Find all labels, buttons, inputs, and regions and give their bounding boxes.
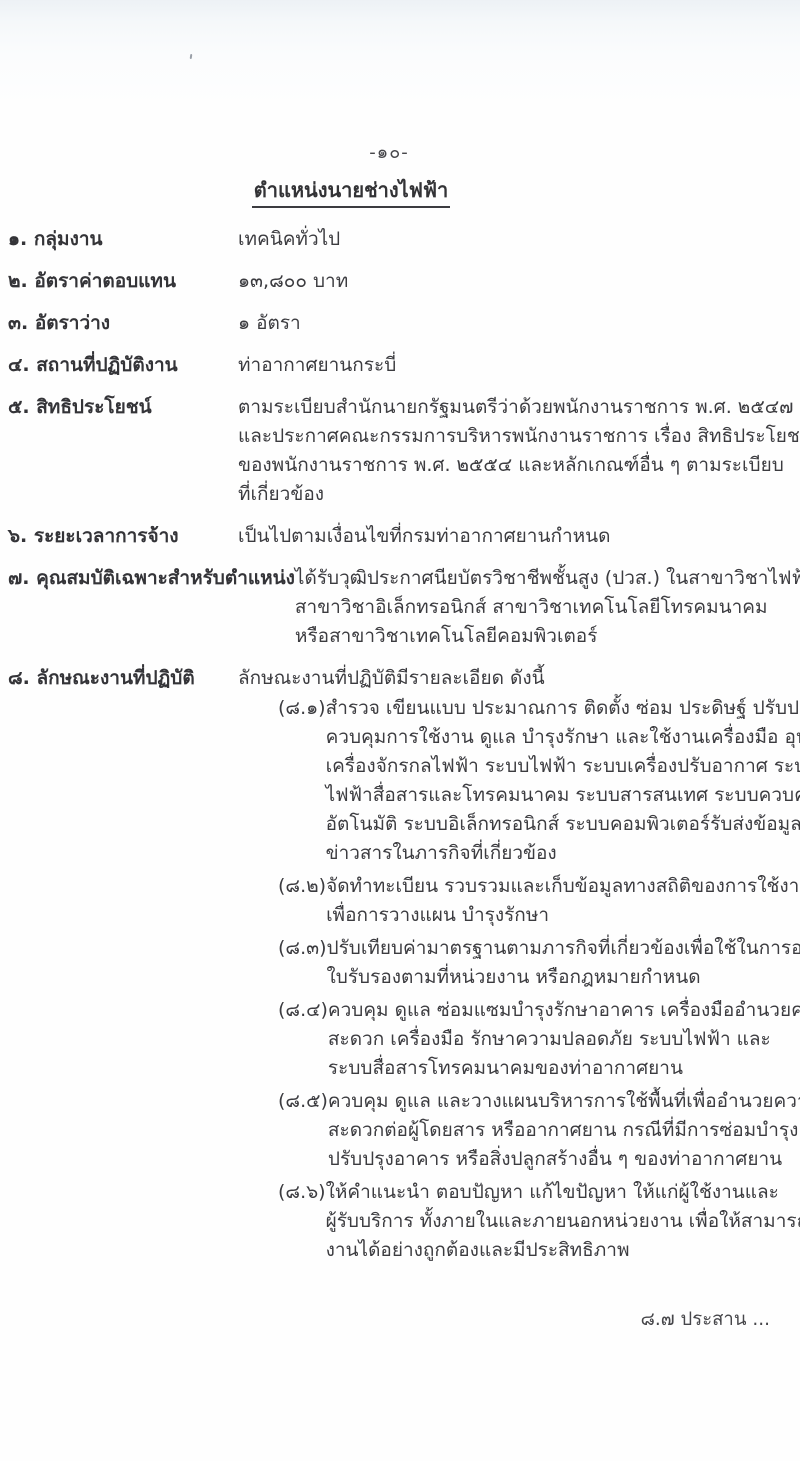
job-duty-line: ข่าวสารในภารกิจที่เกี่ยวข้อง	[326, 839, 770, 868]
job-duty-line: ไฟฟ้าสื่อสารและโทรคมนาคม ระบบสารสนเทศ ระ…	[326, 781, 770, 810]
field-value-line: ที่เกี่ยวข้อง	[238, 480, 770, 509]
job-duty-item: (๘.๔) ควบคุม ดูแล ซ่อมแซมบำรุงรักษาอาคาร…	[278, 996, 770, 1083]
document-title-text: ตำแหน่งนายช่างไฟฟ้า	[252, 176, 451, 208]
field-row-employment-period: ๖. ระยะเวลาการจ้าง เป็นไปตามเงื่อนไขที่ก…	[8, 522, 770, 551]
field-value-line: สาขาวิชาอิเล็กทรอนิกส์ สาขาวิชาเทคโนโลยี…	[295, 593, 770, 622]
job-duty-line: จัดทำทะเบียน รวบรวมและเก็บข้อมูลทางสถิติ…	[326, 872, 770, 901]
scanned-document-page: -๑๐- ตำแหน่งนายช่างไฟฟ้า ๑. กลุ่มงาน เทค…	[0, 0, 800, 1461]
field-rows: ๑. กลุ่มงาน เทคนิคทั่วไป ๒. อัตราค่าตอบแ…	[8, 225, 770, 1269]
job-duty-text: ควบคุม ดูแล ซ่อมแซมบำรุงรักษาอาคาร เครื่…	[328, 996, 770, 1083]
scan-artifact-speck	[190, 54, 193, 59]
field-label: ๗. คุณสมบัติเฉพาะสำหรับตำแหน่ง	[8, 564, 295, 593]
field-row-workplace: ๔. สถานที่ปฏิบัติงาน ท่าอากาศยานกระบี่	[8, 351, 770, 380]
field-value-line: ได้รับวุฒิประกาศนียบัตรวิชาชีพชั้นสูง (ป…	[295, 564, 770, 593]
field-label: ๒. อัตราค่าตอบแทน	[8, 267, 238, 296]
field-label: ๘. ลักษณะงานที่ปฏิบัติ	[8, 664, 238, 693]
field-value-line: และประกาศคณะกรรมการบริหารพนักงานราชการ เ…	[238, 422, 770, 451]
job-duty-line: ใบรับรองตามที่หน่วยงาน หรือกฎหมายกำหนด	[327, 963, 770, 992]
job-duty-list: (๘.๑) สำรวจ เขียนแบบ ประมาณการ ติดตั้ง ซ…	[278, 694, 770, 1265]
field-value: ๑ อัตรา	[238, 309, 770, 338]
job-duty-line: ปรับปรุงอาคาร หรือสิ่งปลูกสร้างอื่น ๆ ขอ…	[328, 1145, 770, 1174]
job-duty-number: (๘.๑)	[278, 694, 326, 723]
field-label: ๔. สถานที่ปฏิบัติงาน	[8, 351, 238, 380]
job-duty-number: (๘.๓)	[278, 934, 327, 963]
job-duty-line: ควบคุม ดูแล และวางแผนบริหารการใช้พื้นที่…	[328, 1087, 770, 1116]
job-duty-line: อัตโนมัติ ระบบอิเล็กทรอนิกส์ ระบบคอมพิวเ…	[326, 810, 770, 839]
field-value-line: ๑ อัตรา	[238, 309, 770, 338]
field-value-line: ลักษณะงานที่ปฏิบัติมีรายละเอียด ดังนี้	[238, 664, 770, 693]
job-duty-line: ปรับเทียบค่ามาตรฐานตามภารกิจที่เกี่ยวข้อ…	[327, 934, 770, 963]
job-duty-text: ปรับเทียบค่ามาตรฐานตามภารกิจที่เกี่ยวข้อ…	[327, 934, 770, 992]
job-duty-line: ควบคุม ดูแล ซ่อมแซมบำรุงรักษาอาคาร เครื่…	[328, 996, 770, 1025]
field-value: ลักษณะงานที่ปฏิบัติมีรายละเอียด ดังนี้ (…	[238, 664, 770, 1269]
document-title: ตำแหน่งนายช่างไฟฟ้า	[8, 176, 770, 208]
job-duty-line: ผู้รับบริการ ทั้งภายในและภายนอกหน่วยงาน …	[326, 1207, 770, 1236]
field-value: เทคนิคทั่วไป	[238, 225, 770, 254]
job-duty-line: สะดวกต่อผู้โดยสาร หรืออากาศยาน กรณีที่มี…	[328, 1116, 770, 1145]
document-content: -๑๐- ตำแหน่งนายช่างไฟฟ้า ๑. กลุ่มงาน เทค…	[0, 138, 800, 1334]
field-row-compensation: ๒. อัตราค่าตอบแทน ๑๓,๘๐๐ บาท	[8, 267, 770, 296]
field-value-line: ท่าอากาศยานกระบี่	[238, 351, 770, 380]
job-duty-number: (๘.๔)	[278, 996, 328, 1025]
job-duty-text: จัดทำทะเบียน รวบรวมและเก็บข้อมูลทางสถิติ…	[326, 872, 770, 930]
field-row-qualifications: ๗. คุณสมบัติเฉพาะสำหรับตำแหน่ง ได้รับวุฒ…	[8, 564, 770, 651]
field-label: ๑. กลุ่มงาน	[8, 225, 238, 254]
job-duty-item: (๘.๒) จัดทำทะเบียน รวบรวมและเก็บข้อมูลทา…	[278, 872, 770, 930]
job-duty-number: (๘.๕)	[278, 1087, 328, 1116]
job-duty-text: สำรวจ เขียนแบบ ประมาณการ ติดตั้ง ซ่อม ปร…	[326, 694, 770, 868]
field-value: ตามระเบียบสำนักนายกรัฐมนตรีว่าด้วยพนักงา…	[238, 393, 770, 509]
field-value: ท่าอากาศยานกระบี่	[238, 351, 770, 380]
job-duty-line: สำรวจ เขียนแบบ ประมาณการ ติดตั้ง ซ่อม ปร…	[326, 694, 770, 723]
job-duty-text: ให้คำแนะนำ ตอบปัญหา แก้ไขปัญหา ให้แก่ผู้…	[326, 1178, 770, 1265]
job-duty-line: เครื่องจักรกลไฟฟ้า ระบบไฟฟ้า ระบบเครื่อง…	[326, 752, 770, 781]
field-row-job-description: ๘. ลักษณะงานที่ปฏิบัติ ลักษณะงานที่ปฏิบั…	[8, 664, 770, 1269]
job-duty-line: ระบบสื่อสารโทรคมนาคมของท่าอากาศยาน	[328, 1054, 770, 1083]
job-duty-item: (๘.๑) สำรวจ เขียนแบบ ประมาณการ ติดตั้ง ซ…	[278, 694, 770, 868]
field-label: ๕. สิทธิประโยชน์	[8, 393, 238, 422]
footer-continuation-marker: ๘.๗ ประสาน ...	[8, 1305, 770, 1334]
page-number: -๑๐-	[8, 138, 770, 167]
job-duty-item: (๘.๖) ให้คำแนะนำ ตอบปัญหา แก้ไขปัญหา ให้…	[278, 1178, 770, 1265]
field-value-line: เป็นไปตามเงื่อนไขที่กรมท่าอากาศยานกำหนด	[238, 522, 770, 551]
job-duty-item: (๘.๓) ปรับเทียบค่ามาตรฐานตามภารกิจที่เกี…	[278, 934, 770, 992]
job-duty-line: สะดวก เครื่องมือ รักษาความปลอดภัย ระบบไฟ…	[328, 1025, 770, 1054]
job-duty-line: งานได้อย่างถูกต้องและมีประสิทธิภาพ	[326, 1236, 770, 1265]
field-value: เป็นไปตามเงื่อนไขที่กรมท่าอากาศยานกำหนด	[238, 522, 770, 551]
field-label: ๓. อัตราว่าง	[8, 309, 238, 338]
job-duty-line: ควบคุมการใช้งาน ดูแล บำรุงรักษา และใช้งา…	[326, 723, 770, 752]
field-value-line: หรือสาขาวิชาเทคโนโลยีคอมพิวเตอร์	[295, 622, 770, 651]
job-duty-number: (๘.๒)	[278, 872, 326, 901]
job-duty-text: ควบคุม ดูแล และวางแผนบริหารการใช้พื้นที่…	[328, 1087, 770, 1174]
job-duty-item: (๘.๕) ควบคุม ดูแล และวางแผนบริหารการใช้พ…	[278, 1087, 770, 1174]
field-row-group: ๑. กลุ่มงาน เทคนิคทั่วไป	[8, 225, 770, 254]
field-label: ๖. ระยะเวลาการจ้าง	[8, 522, 238, 551]
field-row-benefits: ๕. สิทธิประโยชน์ ตามระเบียบสำนักนายกรัฐม…	[8, 393, 770, 509]
field-value: ได้รับวุฒิประกาศนียบัตรวิชาชีพชั้นสูง (ป…	[295, 564, 770, 651]
field-value: ๑๓,๘๐๐ บาท	[238, 267, 770, 296]
job-duty-number: (๘.๖)	[278, 1178, 326, 1207]
job-duty-line: เพื่อการวางแผน บำรุงรักษา	[326, 901, 770, 930]
field-value-line: เทคนิคทั่วไป	[238, 225, 770, 254]
field-value-line: ของพนักงานราชการ พ.ศ. ๒๕๕๔ และหลักเกณฑ์อ…	[238, 451, 770, 480]
job-duty-line: ให้คำแนะนำ ตอบปัญหา แก้ไขปัญหา ให้แก่ผู้…	[326, 1178, 770, 1207]
field-value-line: ๑๓,๘๐๐ บาท	[238, 267, 770, 296]
field-value-line: ตามระเบียบสำนักนายกรัฐมนตรีว่าด้วยพนักงา…	[238, 393, 770, 422]
field-row-vacancy: ๓. อัตราว่าง ๑ อัตรา	[8, 309, 770, 338]
